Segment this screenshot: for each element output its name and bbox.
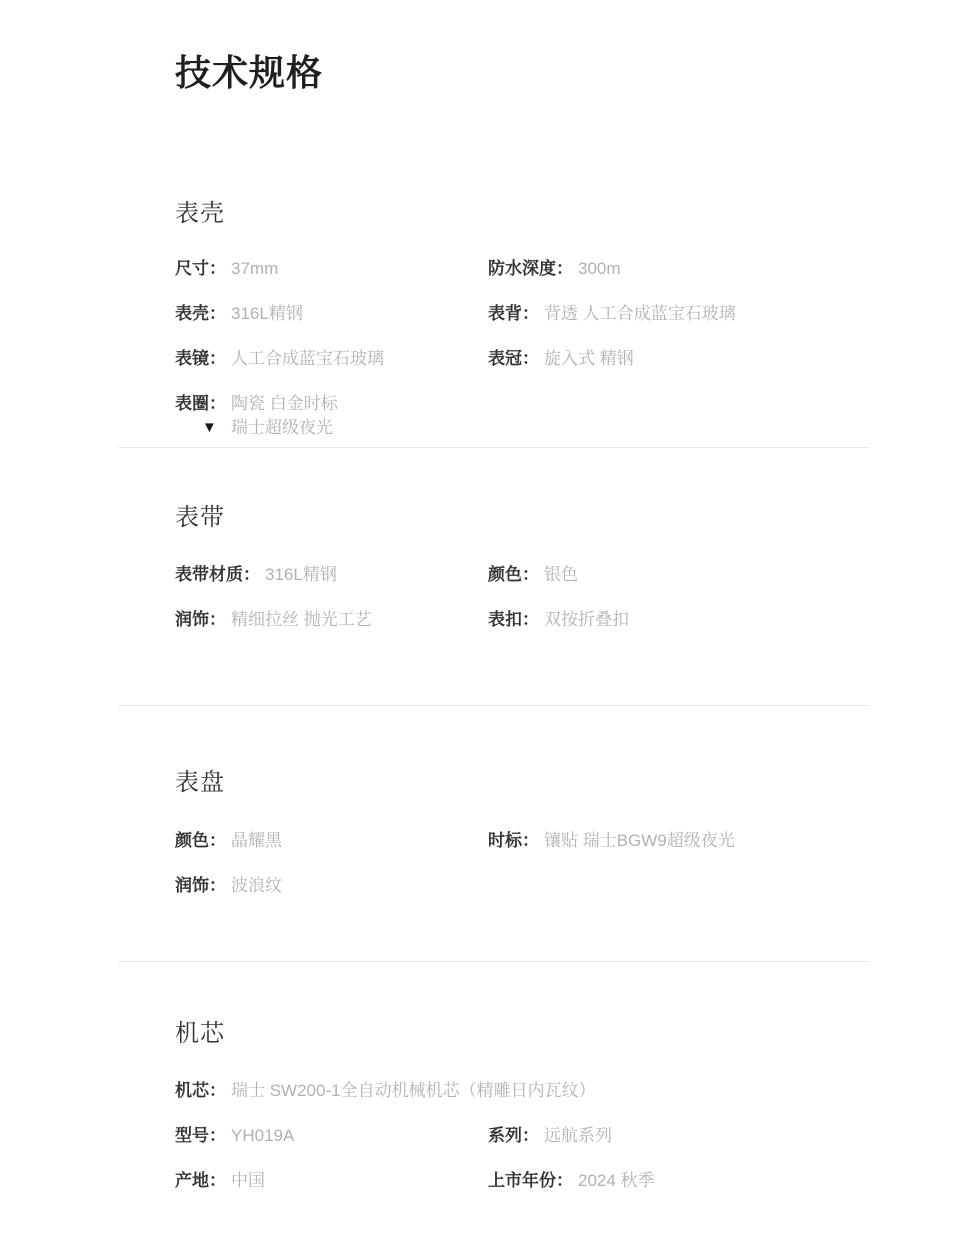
- spec-cell: 表镜：人工合成蓝宝石玻璃: [175, 346, 488, 372]
- spec-cell: 颜色：晶耀黑: [175, 828, 488, 854]
- spec-label: 颜色：: [488, 562, 539, 588]
- spec-label: 表冠：: [488, 346, 539, 372]
- spec-label: 产地：: [175, 1168, 226, 1194]
- spec-row: 表壳：316L精钢表背：背透 人工合成蓝宝石玻璃: [175, 301, 900, 327]
- spec-page: 技术规格 表壳尺寸：37mm防水深度：300m表壳：316L精钢表背：背透 人工…: [0, 0, 980, 1260]
- spec-value-line2: ▼瑞士超级夜光: [202, 417, 338, 438]
- spec-cell: 型号：YH019A: [175, 1123, 488, 1149]
- spec-row: 润饰：波浪纹: [175, 873, 900, 899]
- spec-value: 300m: [578, 256, 621, 282]
- section-divider: [118, 961, 869, 962]
- spec-row: 产地：中国上市年份：2024 秋季: [175, 1168, 900, 1194]
- spec-label: 机芯：: [175, 1078, 226, 1104]
- spec-rows: 机芯：瑞士 SW200-1全自动机械机芯（精雕日内瓦纹）型号：YH019A系列：…: [175, 1078, 900, 1194]
- spec-label: 时标：: [488, 828, 539, 854]
- spec-cell: 表圈：陶瓷 白金时标▼瑞士超级夜光: [175, 391, 900, 438]
- spec-value: 人工合成蓝宝石玻璃: [231, 346, 384, 372]
- spec-cell: 防水深度：300m: [488, 256, 900, 282]
- spec-cell: 表壳：316L精钢: [175, 301, 488, 327]
- spec-label: 表带材质：: [175, 562, 260, 588]
- section-title: 表壳: [175, 200, 900, 228]
- spec-row: 润饰：精细拉丝 抛光工艺表扣：双按折叠扣: [175, 607, 900, 633]
- spec-sections: 表壳尺寸：37mm防水深度：300m表壳：316L精钢表背：背透 人工合成蓝宝石…: [0, 200, 980, 1194]
- spec-cell: 润饰：波浪纹: [175, 873, 900, 899]
- spec-cell: 润饰：精细拉丝 抛光工艺: [175, 607, 488, 633]
- spec-value-block: 陶瓷 白金时标▼瑞士超级夜光: [231, 391, 338, 438]
- spec-cell: 时标：镶贴 瑞士BGW9超级夜光: [488, 828, 900, 854]
- spec-rows: 表带材质：316L精钢颜色：银色润饰：精细拉丝 抛光工艺表扣：双按折叠扣: [175, 562, 900, 633]
- spec-label: 防水深度：: [488, 256, 573, 282]
- spec-value: 背透 人工合成蓝宝石玻璃: [544, 301, 736, 327]
- spec-row: 尺寸：37mm防水深度：300m: [175, 256, 900, 282]
- spec-section: 表带表带材质：316L精钢颜色：银色润饰：精细拉丝 抛光工艺表扣：双按折叠扣: [175, 504, 900, 633]
- spec-section: 机芯机芯：瑞士 SW200-1全自动机械机芯（精雕日内瓦纹）型号：YH019A系…: [175, 1020, 900, 1194]
- spec-value: 银色: [544, 562, 578, 588]
- spec-value: 316L精钢: [231, 301, 303, 327]
- section-title: 表带: [175, 504, 900, 532]
- spec-value: YH019A: [231, 1123, 294, 1149]
- spec-value: 中国: [231, 1168, 265, 1194]
- spec-value: 316L精钢: [265, 562, 337, 588]
- spec-rows: 颜色：晶耀黑时标：镶贴 瑞士BGW9超级夜光润饰：波浪纹: [175, 828, 900, 899]
- spec-value: 波浪纹: [231, 873, 282, 899]
- spec-value: 瑞士 SW200-1全自动机械机芯（精雕日内瓦纹）: [231, 1078, 596, 1104]
- spec-cell: 系列：远航系列: [488, 1123, 900, 1149]
- spec-label: 颜色：: [175, 828, 226, 854]
- spec-label: 表背：: [488, 301, 539, 327]
- section-title: 机芯: [175, 1020, 900, 1048]
- spec-value: 37mm: [231, 256, 278, 282]
- spec-value: 镶贴 瑞士BGW9超级夜光: [544, 828, 735, 854]
- spec-row: 型号：YH019A系列：远航系列: [175, 1123, 900, 1149]
- spec-label: 上市年份：: [488, 1168, 573, 1194]
- spec-value: 晶耀黑: [231, 828, 282, 854]
- spec-section: 表壳尺寸：37mm防水深度：300m表壳：316L精钢表背：背透 人工合成蓝宝石…: [175, 200, 900, 438]
- spec-cell: 颜色：银色: [488, 562, 900, 588]
- spec-rows: 尺寸：37mm防水深度：300m表壳：316L精钢表背：背透 人工合成蓝宝石玻璃…: [175, 256, 900, 438]
- spec-value: 远航系列: [544, 1123, 612, 1149]
- spec-label: 润饰：: [175, 873, 226, 899]
- spec-row: 颜色：晶耀黑时标：镶贴 瑞士BGW9超级夜光: [175, 828, 900, 854]
- spec-label: 尺寸：: [175, 256, 226, 282]
- spec-label: 表壳：: [175, 301, 226, 327]
- spec-cell: 机芯：瑞士 SW200-1全自动机械机芯（精雕日内瓦纹）: [175, 1078, 900, 1104]
- spec-value: 精细拉丝 抛光工艺: [231, 607, 372, 633]
- spec-cell: 上市年份：2024 秋季: [488, 1168, 900, 1194]
- spec-value: 2024 秋季: [578, 1168, 655, 1194]
- triangle-down-icon[interactable]: ▼: [202, 417, 222, 438]
- spec-section: 表盘颜色：晶耀黑时标：镶贴 瑞士BGW9超级夜光润饰：波浪纹: [175, 769, 900, 899]
- spec-label: 润饰：: [175, 607, 226, 633]
- section-divider: [118, 447, 869, 448]
- spec-row: 机芯：瑞士 SW200-1全自动机械机芯（精雕日内瓦纹）: [175, 1078, 900, 1104]
- spec-label: 表圈：: [175, 391, 226, 417]
- spec-label: 型号：: [175, 1123, 226, 1149]
- spec-cell: 尺寸：37mm: [175, 256, 488, 282]
- page-title: 技术规格: [175, 52, 980, 94]
- spec-cell: 表带材质：316L精钢: [175, 562, 488, 588]
- spec-label: 表镜：: [175, 346, 226, 372]
- spec-value: 双按折叠扣: [544, 607, 629, 633]
- spec-value: 陶瓷 白金时标: [231, 391, 338, 417]
- spec-cell: 产地：中国: [175, 1168, 488, 1194]
- spec-row: 表圈：陶瓷 白金时标▼瑞士超级夜光: [175, 391, 900, 438]
- spec-label: 表扣：: [488, 607, 539, 633]
- spec-cell: 表扣：双按折叠扣: [488, 607, 900, 633]
- spec-cell: 表冠：旋入式 精钢: [488, 346, 900, 372]
- spec-label: 系列：: [488, 1123, 539, 1149]
- spec-value: 瑞士超级夜光: [231, 417, 333, 438]
- spec-cell: 表背：背透 人工合成蓝宝石玻璃: [488, 301, 900, 327]
- section-title: 表盘: [175, 769, 900, 797]
- spec-row: 表带材质：316L精钢颜色：银色: [175, 562, 900, 588]
- spec-row: 表镜：人工合成蓝宝石玻璃表冠：旋入式 精钢: [175, 346, 900, 372]
- section-divider: [118, 705, 869, 706]
- spec-value: 旋入式 精钢: [544, 346, 634, 372]
